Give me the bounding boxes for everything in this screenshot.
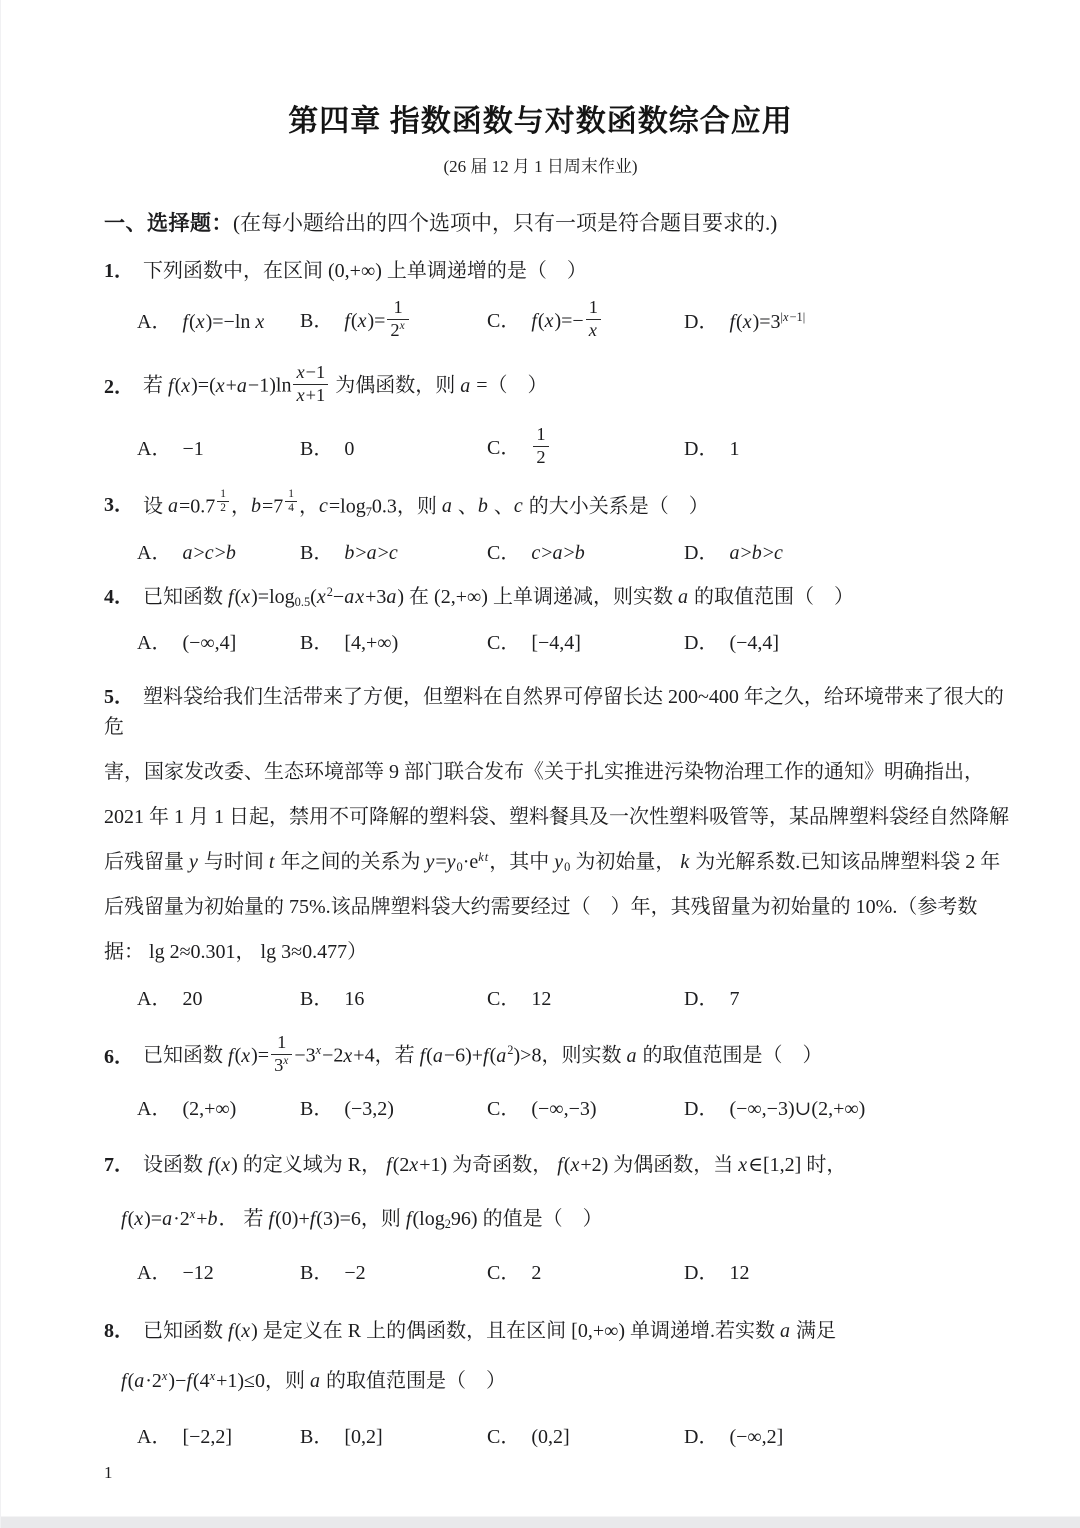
options-row: A．(−∞,4] B．[4,+∞) C．[−4,4] D．(−4,4] bbox=[137, 628, 1010, 658]
option-c: C．c>a>b bbox=[487, 538, 684, 568]
question-stem: 5．塑料袋给我们生活带来了方便，但塑料在自然界可停留长达 200~400 年之久… bbox=[104, 682, 1010, 742]
question-number: 6． bbox=[104, 1042, 134, 1072]
option-value: [4,+∞) bbox=[344, 632, 398, 654]
option-label: A． bbox=[137, 311, 171, 333]
question-stem-line: 害，国家发改委、生态环境部等 9 部门联合发布《关于扎实推进污染物治理工作的通知… bbox=[104, 757, 1010, 787]
option-label: C． bbox=[487, 437, 520, 459]
option-value: (−3,2) bbox=[344, 1098, 394, 1120]
option-label: D． bbox=[684, 988, 718, 1010]
option-label: D． bbox=[684, 438, 718, 460]
option-b: B．[0,2] bbox=[300, 1422, 487, 1452]
question-2: 2．若 f(x)=(x+a−1)lnx−1x+1 为偶函数，则 a =（ ） A… bbox=[104, 360, 1010, 476]
option-b: B．b>a>c bbox=[300, 538, 487, 568]
question-stem-text: 下列函数中，在区间 (0,+∞) 上单调递增的是（ ） bbox=[143, 260, 587, 282]
option-label: C． bbox=[487, 1262, 520, 1284]
option-label: B． bbox=[300, 438, 333, 460]
question-stem: 2．若 f(x)=(x+a−1)lnx−1x+1 为偶函数，则 a =（ ） bbox=[104, 360, 1010, 414]
option-c: C．(−∞,−3) bbox=[487, 1094, 684, 1124]
question-stem-text: 设 a=0.712，b=714，c=log70.3，则 a 、b 、c 的大小关… bbox=[143, 489, 709, 522]
options-row: A．(2,+∞) B．(−3,2) C．(−∞,−3) D．(−∞,−3)∪(2… bbox=[137, 1094, 1010, 1124]
question-stem: 6．已知函数 f(x)=13x−3x−2x+4，若 f(a−6)+f(a2)>8… bbox=[104, 1030, 1010, 1084]
page-number: 1 bbox=[104, 1462, 1010, 1484]
option-value: −1 bbox=[182, 438, 203, 460]
question-stem: 4．已知函数 f(x)=log0.5(x2−ax+3a) 在 (2,+∞) 上单… bbox=[104, 582, 1010, 612]
option-a: A．[−2,2] bbox=[137, 1422, 300, 1452]
option-b: B．−2 bbox=[300, 1258, 487, 1288]
option-label: B． bbox=[300, 542, 333, 564]
options-row: A．−12 B．−2 C．2 D．12 bbox=[137, 1258, 1010, 1288]
option-label: C． bbox=[487, 632, 520, 654]
question-number: 2． bbox=[104, 372, 134, 402]
option-value: 1 bbox=[729, 438, 739, 460]
question-stem-line: f(a·2x)−f(4x+1)≤0，则 a 的取值范围是（ ） bbox=[121, 1366, 1010, 1396]
question-stem-text: 已知函数 f(x) 是定义在 R 上的偶函数，且在区间 [0,+∞) 单调递增.… bbox=[143, 1320, 836, 1342]
question-stem-text: 已知函数 f(x)=13x−3x−2x+4，若 f(a−6)+f(a2)>8，则… bbox=[143, 1035, 822, 1078]
question-number: 1． bbox=[104, 260, 134, 282]
option-value: [−4,4] bbox=[531, 632, 581, 654]
option-c: C．f(x)=−1x bbox=[487, 300, 684, 343]
question-number: 4． bbox=[104, 586, 134, 608]
option-value: 16 bbox=[344, 988, 364, 1010]
option-a: A．a>c>b bbox=[137, 538, 300, 568]
option-value: [−2,2] bbox=[182, 1426, 232, 1448]
option-value: [0,2] bbox=[344, 1426, 382, 1448]
option-label: C． bbox=[487, 988, 520, 1010]
option-label: A． bbox=[137, 632, 171, 654]
question-stem: 1．下列函数中，在区间 (0,+∞) 上单调递增的是（ ） bbox=[104, 256, 1010, 286]
option-b: B．16 bbox=[300, 984, 487, 1014]
option-d: D．(−∞,−3)∪(2,+∞) bbox=[684, 1094, 1010, 1124]
page-header: 第四章 指数函数与对数函数综合应用 (26 届 12 月 1 日周末作业) bbox=[1, 0, 1080, 178]
option-value: (2,+∞) bbox=[182, 1098, 236, 1120]
option-d: D．7 bbox=[684, 984, 1010, 1014]
options-row: A．a>c>b B．b>a>c C．c>a>b D．a>b>c bbox=[137, 538, 1010, 568]
option-label: C． bbox=[487, 542, 520, 564]
option-value: (0,2] bbox=[531, 1426, 569, 1448]
option-label: A． bbox=[137, 542, 171, 564]
option-value: c>a>b bbox=[531, 542, 585, 564]
option-value: a>c>b bbox=[182, 542, 236, 564]
question-5: 5．塑料袋给我们生活带来了方便，但塑料在自然界可停留长达 200~400 年之久… bbox=[104, 682, 1010, 1014]
option-a: A．−12 bbox=[137, 1258, 300, 1288]
option-value: −12 bbox=[182, 1262, 213, 1284]
options-row: A．f(x)=−ln x B．f(x)=12x C．f(x)=−1x D．f(x… bbox=[137, 294, 1010, 350]
question-stem-line: 2021 年 1 月 1 日起，禁用不可降解的塑料袋、塑料餐具及一次性塑料吸管等… bbox=[104, 802, 1010, 832]
option-a: A．−1 bbox=[137, 434, 300, 464]
question-stem: 3．设 a=0.712，b=714，c=log70.3，则 a 、b 、c 的大… bbox=[104, 482, 1010, 528]
question-number: 5． bbox=[104, 686, 134, 708]
option-label: A． bbox=[137, 1426, 171, 1448]
option-label: D． bbox=[684, 1098, 718, 1120]
option-value: (−∞,−3)∪(2,+∞) bbox=[729, 1098, 865, 1120]
option-c: C．12 bbox=[487, 427, 684, 470]
option-label: C． bbox=[487, 310, 520, 332]
option-a: A．f(x)=−ln x bbox=[137, 307, 300, 337]
option-c: C．12 bbox=[487, 984, 684, 1014]
question-stem-text: 已知函数 f(x)=log0.5(x2−ax+3a) 在 (2,+∞) 上单调递… bbox=[143, 586, 854, 608]
option-value: 0 bbox=[344, 438, 354, 460]
option-value: 2 bbox=[531, 1262, 541, 1284]
section-label: 一、选择题： bbox=[104, 211, 233, 235]
option-d: D．12 bbox=[684, 1258, 1010, 1288]
option-d: D．(−∞,2] bbox=[684, 1422, 1010, 1452]
page-bottom-edge bbox=[1, 1516, 1080, 1528]
option-label: B． bbox=[300, 1262, 333, 1284]
option-c: C．(0,2] bbox=[487, 1422, 684, 1452]
option-label: A． bbox=[137, 438, 171, 460]
option-label: A． bbox=[137, 1262, 171, 1284]
option-d: D．1 bbox=[684, 434, 1010, 464]
question-number: 3． bbox=[104, 490, 134, 520]
question-stem-line: 后残留量 y 与时间 t 年之间的关系为 y=y0·ekt，其中 y0 为初始量… bbox=[104, 847, 1010, 877]
option-value: b>a>c bbox=[344, 542, 398, 564]
question-4: 4．已知函数 f(x)=log0.5(x2−ax+3a) 在 (2,+∞) 上单… bbox=[104, 582, 1010, 658]
question-7: 7．设函数 f(x) 的定义域为 R， f(2x+1) 为奇函数， f(x+2)… bbox=[104, 1150, 1010, 1288]
option-label: B． bbox=[300, 310, 333, 332]
option-label: C． bbox=[487, 1098, 520, 1120]
question-stem-line: 据： lg 2≈0.301， lg 3≈0.477） bbox=[104, 937, 1010, 967]
option-label: D． bbox=[684, 1426, 718, 1448]
option-a: A．(2,+∞) bbox=[137, 1094, 300, 1124]
option-a: A．(−∞,4] bbox=[137, 628, 300, 658]
question-stem-text: 若 f(x)=(x+a−1)lnx−1x+1 为偶函数，则 a =（ ） bbox=[143, 365, 547, 408]
option-value: (−∞,−3) bbox=[531, 1098, 596, 1120]
option-b: B．0 bbox=[300, 434, 487, 464]
option-value: 7 bbox=[729, 988, 739, 1010]
option-label: D． bbox=[684, 542, 718, 564]
question-6: 6．已知函数 f(x)=13x−3x−2x+4，若 f(a−6)+f(a2)>8… bbox=[104, 1030, 1010, 1124]
option-b: B．[4,+∞) bbox=[300, 628, 487, 658]
option-label: D． bbox=[684, 311, 718, 333]
question-stem-line: f(x)=a·2x+b． 若 f(0)+f(3)=6，则 f(log296) 的… bbox=[121, 1204, 1010, 1234]
option-label: A． bbox=[137, 988, 171, 1010]
question-stem: 7．设函数 f(x) 的定义域为 R， f(2x+1) 为奇函数， f(x+2)… bbox=[104, 1150, 1010, 1180]
options-row: A．[−2,2] B．[0,2] C．(0,2] D．(−∞,2] bbox=[137, 1422, 1010, 1452]
option-d: D．(−4,4] bbox=[684, 628, 1010, 658]
option-value: (−4,4] bbox=[729, 632, 779, 654]
option-value: 20 bbox=[182, 988, 202, 1010]
question-1: 1．下列函数中，在区间 (0,+∞) 上单调递增的是（ ） A．f(x)=−ln… bbox=[104, 256, 1010, 350]
option-d: D．f(x)=3|x−1| bbox=[684, 307, 1010, 337]
question-stem: 8．已知函数 f(x) 是定义在 R 上的偶函数，且在区间 [0,+∞) 单调递… bbox=[104, 1316, 1010, 1346]
question-8: 8．已知函数 f(x) 是定义在 R 上的偶函数，且在区间 [0,+∞) 单调递… bbox=[104, 1316, 1010, 1452]
option-label: B． bbox=[300, 1426, 333, 1448]
option-a: A．20 bbox=[137, 984, 300, 1014]
worksheet-page: 第四章 指数函数与对数函数综合应用 (26 届 12 月 1 日周末作业) 一、… bbox=[0, 0, 1080, 1528]
option-value: a>b>c bbox=[729, 542, 783, 564]
options-row: A．20 B．16 C．12 D．7 bbox=[137, 984, 1010, 1014]
option-value: 12 bbox=[531, 988, 551, 1010]
option-label: A． bbox=[137, 1098, 171, 1120]
question-stem-text: 塑料袋给我们生活带来了方便，但塑料在自然界可停留长达 200~400 年之久，给… bbox=[104, 686, 1004, 738]
option-value: f(x)=12x bbox=[344, 310, 410, 332]
option-value: 12 bbox=[531, 437, 550, 459]
option-label: B． bbox=[300, 1098, 333, 1120]
question-number: 8． bbox=[104, 1320, 134, 1342]
section-desc: (在每小题给出的四个选项中，只有一项是符合题目要求的.) bbox=[233, 211, 777, 235]
option-label: C． bbox=[487, 1426, 520, 1448]
option-c: C．2 bbox=[487, 1258, 684, 1288]
option-b: B．f(x)=12x bbox=[300, 300, 487, 343]
question-3: 3．设 a=0.712，b=714，c=log70.3，则 a 、b 、c 的大… bbox=[104, 482, 1010, 568]
options-row: A．−1 B．0 C．12 D．1 bbox=[137, 422, 1010, 476]
option-value: 12 bbox=[729, 1262, 749, 1284]
option-value: f(x)=−1x bbox=[531, 310, 603, 332]
page-title: 第四章 指数函数与对数函数综合应用 bbox=[1, 104, 1080, 140]
option-value: (−∞,4] bbox=[182, 632, 236, 654]
option-b: B．(−3,2) bbox=[300, 1094, 487, 1124]
option-value: −2 bbox=[344, 1262, 365, 1284]
option-label: D． bbox=[684, 632, 718, 654]
question-stem-text: 设函数 f(x) 的定义域为 R， f(2x+1) 为奇函数， f(x+2) 为… bbox=[143, 1154, 846, 1176]
question-number: 7． bbox=[104, 1154, 134, 1176]
option-label: D． bbox=[684, 1262, 718, 1284]
option-d: D．a>b>c bbox=[684, 538, 1010, 568]
page-subtitle: (26 届 12 月 1 日周末作业) bbox=[1, 156, 1080, 178]
section-heading: 一、选择题：(在每小题给出的四个选项中，只有一项是符合题目要求的.) bbox=[104, 208, 1010, 238]
page-content: 一、选择题：(在每小题给出的四个选项中，只有一项是符合题目要求的.) 1．下列函… bbox=[1, 208, 1080, 1484]
question-stem-line: 后残留量为初始量的 75%.该品牌塑料袋大约需要经过（ ）年，其残留量为初始量的… bbox=[104, 892, 1010, 922]
option-c: C．[−4,4] bbox=[487, 628, 684, 658]
option-label: B． bbox=[300, 632, 333, 654]
option-label: B． bbox=[300, 988, 333, 1010]
option-value: f(x)=−ln x bbox=[182, 311, 265, 333]
option-value: f(x)=3|x−1| bbox=[729, 311, 805, 333]
option-value: (−∞,2] bbox=[729, 1426, 783, 1448]
